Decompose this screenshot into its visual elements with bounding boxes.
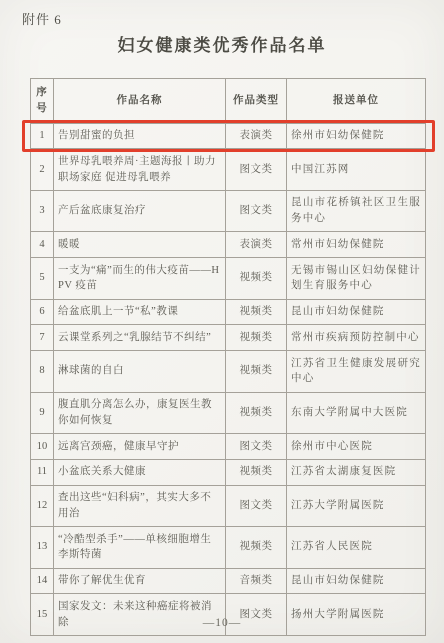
work-title-cell: 查出这些“妇科病”，其实大多不用治 (54, 485, 226, 527)
work-title-cell: 暖暖 (54, 232, 226, 258)
row-number-cell: 5 (31, 258, 54, 300)
org-cell: 江苏省人民医院 (287, 527, 426, 569)
works-table-container: 序号 作品名称 作品类型 报送单位 1 告别甜蜜的负担 表演类 徐州市妇幼保健院… (30, 78, 425, 636)
table-row: 11 小盆底关系大健康 视频类 江苏省太湖康复医院 (31, 459, 426, 485)
work-title-cell: 腹直肌分离怎么办，康复医生教你如何恢复 (54, 392, 226, 434)
table-row: 15 国家发文：未来这种癌症将被消除 图文类 扬州大学附属医院 (31, 594, 426, 636)
table-row: 2 世界母乳喂养周·主题海报丨助力职场家庭 促进母乳喂养 图文类 中国江苏网 (31, 149, 426, 191)
page-title: 妇女健康类优秀作品名单 (0, 31, 444, 56)
works-table: 序号 作品名称 作品类型 报送单位 1 告别甜蜜的负担 表演类 徐州市妇幼保健院… (30, 78, 426, 636)
work-type-cell: 视频类 (226, 299, 287, 325)
table-row: 14 带你了解优生优育 音频类 昆山市妇幼保健院 (31, 568, 426, 594)
org-cell: 中国江苏网 (287, 149, 426, 191)
page-number: —10— (0, 617, 444, 629)
work-type-cell: 视频类 (226, 258, 287, 300)
org-cell: 无锡市锡山区妇幼保健计划生育服务中心 (287, 258, 426, 300)
row-number-cell: 12 (31, 485, 54, 527)
work-type-cell: 图文类 (226, 190, 287, 232)
table-row: 3 产后盆底康复治疗 图文类 昆山市花桥镇社区卫生服务中心 (31, 190, 426, 232)
org-cell: 常州市疾病预防控制中心 (287, 325, 426, 351)
row-number-cell: 13 (31, 527, 54, 569)
work-type-cell: 视频类 (226, 351, 287, 393)
row-number-cell: 1 (31, 123, 54, 149)
header-org: 报送单位 (287, 79, 426, 124)
org-cell: 江苏省太湖康复医院 (287, 459, 426, 485)
work-title-cell: 告别甜蜜的负担 (54, 123, 226, 149)
org-cell: 江苏省卫生健康发展研究中心 (287, 351, 426, 393)
attachment-label: 附件 6 (22, 9, 62, 28)
org-cell: 昆山市妇幼保健院 (287, 568, 426, 594)
table-row: 1 告别甜蜜的负担 表演类 徐州市妇幼保健院 (31, 123, 426, 149)
work-type-cell: 音频类 (226, 568, 287, 594)
work-title-cell: 国家发文：未来这种癌症将被消除 (54, 594, 226, 636)
work-type-cell: 表演类 (226, 232, 287, 258)
org-cell: 常州市妇幼保健院 (287, 232, 426, 258)
org-cell: 东南大学附属中大医院 (287, 392, 426, 434)
table-row: 10 远离宫颈癌，健康早守护 图文类 徐州市中心医院 (31, 434, 426, 460)
work-type-cell: 视频类 (226, 392, 287, 434)
row-number-cell: 11 (31, 459, 54, 485)
table-row: 6 给盆底肌上一节“私”教课 视频类 昆山市妇幼保健院 (31, 299, 426, 325)
table-header-row: 序号 作品名称 作品类型 报送单位 (31, 79, 426, 124)
header-work-type: 作品类型 (226, 79, 287, 124)
work-type-cell: 表演类 (226, 123, 287, 149)
document-page: 附件 6 妇女健康类优秀作品名单 序号 作品名称 作品类型 报送单位 1 告别甜… (0, 0, 444, 643)
table-row: 9 腹直肌分离怎么办，康复医生教你如何恢复 视频类 东南大学附属中大医院 (31, 392, 426, 434)
org-cell: 徐州市中心医院 (287, 434, 426, 460)
table-row: 7 云课堂系列之“乳腺结节不纠结” 视频类 常州市疾病预防控制中心 (31, 325, 426, 351)
work-type-cell: 图文类 (226, 149, 287, 191)
row-number-cell: 7 (31, 325, 54, 351)
work-type-cell: 图文类 (226, 485, 287, 527)
work-type-cell: 视频类 (226, 527, 287, 569)
work-title-cell: 云课堂系列之“乳腺结节不纠结” (54, 325, 226, 351)
work-type-cell: 视频类 (226, 325, 287, 351)
row-number-cell: 15 (31, 594, 54, 636)
work-title-cell: 远离宫颈癌，健康早守护 (54, 434, 226, 460)
org-cell: 昆山市妇幼保健院 (287, 299, 426, 325)
header-row-number: 序号 (31, 79, 54, 124)
org-cell: 扬州大学附属医院 (287, 594, 426, 636)
work-title-cell: 淋球菌的自白 (54, 351, 226, 393)
table-row: 8 淋球菌的自白 视频类 江苏省卫生健康发展研究中心 (31, 351, 426, 393)
work-title-cell: 带你了解优生优育 (54, 568, 226, 594)
row-number-cell: 2 (31, 149, 54, 191)
work-title-cell: 小盆底关系大健康 (54, 459, 226, 485)
org-cell: 昆山市花桥镇社区卫生服务中心 (287, 190, 426, 232)
row-number-cell: 9 (31, 392, 54, 434)
row-number-cell: 14 (31, 568, 54, 594)
table-row: 5 一支为“痛”而生的伟大疫苗——HPV 疫苗 视频类 无锡市锡山区妇幼保健计划… (31, 258, 426, 300)
work-title-cell: 一支为“痛”而生的伟大疫苗——HPV 疫苗 (54, 258, 226, 300)
table-row: 13 “冷酷型杀手”——单核细胞增生李斯特菌 视频类 江苏省人民医院 (31, 527, 426, 569)
row-number-cell: 6 (31, 299, 54, 325)
table-row: 4 暖暖 表演类 常州市妇幼保健院 (31, 232, 426, 258)
work-title-cell: “冷酷型杀手”——单核细胞增生李斯特菌 (54, 527, 226, 569)
row-number-cell: 4 (31, 232, 54, 258)
row-number-cell: 10 (31, 434, 54, 460)
row-number-cell: 8 (31, 351, 54, 393)
work-title-cell: 产后盆底康复治疗 (54, 190, 226, 232)
table-row: 12 查出这些“妇科病”，其实大多不用治 图文类 江苏大学附属医院 (31, 485, 426, 527)
work-title-cell: 世界母乳喂养周·主题海报丨助力职场家庭 促进母乳喂养 (54, 149, 226, 191)
header-work-title: 作品名称 (54, 79, 226, 124)
work-type-cell: 视频类 (226, 459, 287, 485)
work-type-cell: 图文类 (226, 594, 287, 636)
work-title-cell: 给盆底肌上一节“私”教课 (54, 299, 226, 325)
row-number-cell: 3 (31, 190, 54, 232)
table-body: 1 告别甜蜜的负担 表演类 徐州市妇幼保健院 2 世界母乳喂养周·主题海报丨助力… (31, 123, 426, 635)
work-type-cell: 图文类 (226, 434, 287, 460)
org-cell: 徐州市妇幼保健院 (287, 123, 426, 149)
org-cell: 江苏大学附属医院 (287, 485, 426, 527)
